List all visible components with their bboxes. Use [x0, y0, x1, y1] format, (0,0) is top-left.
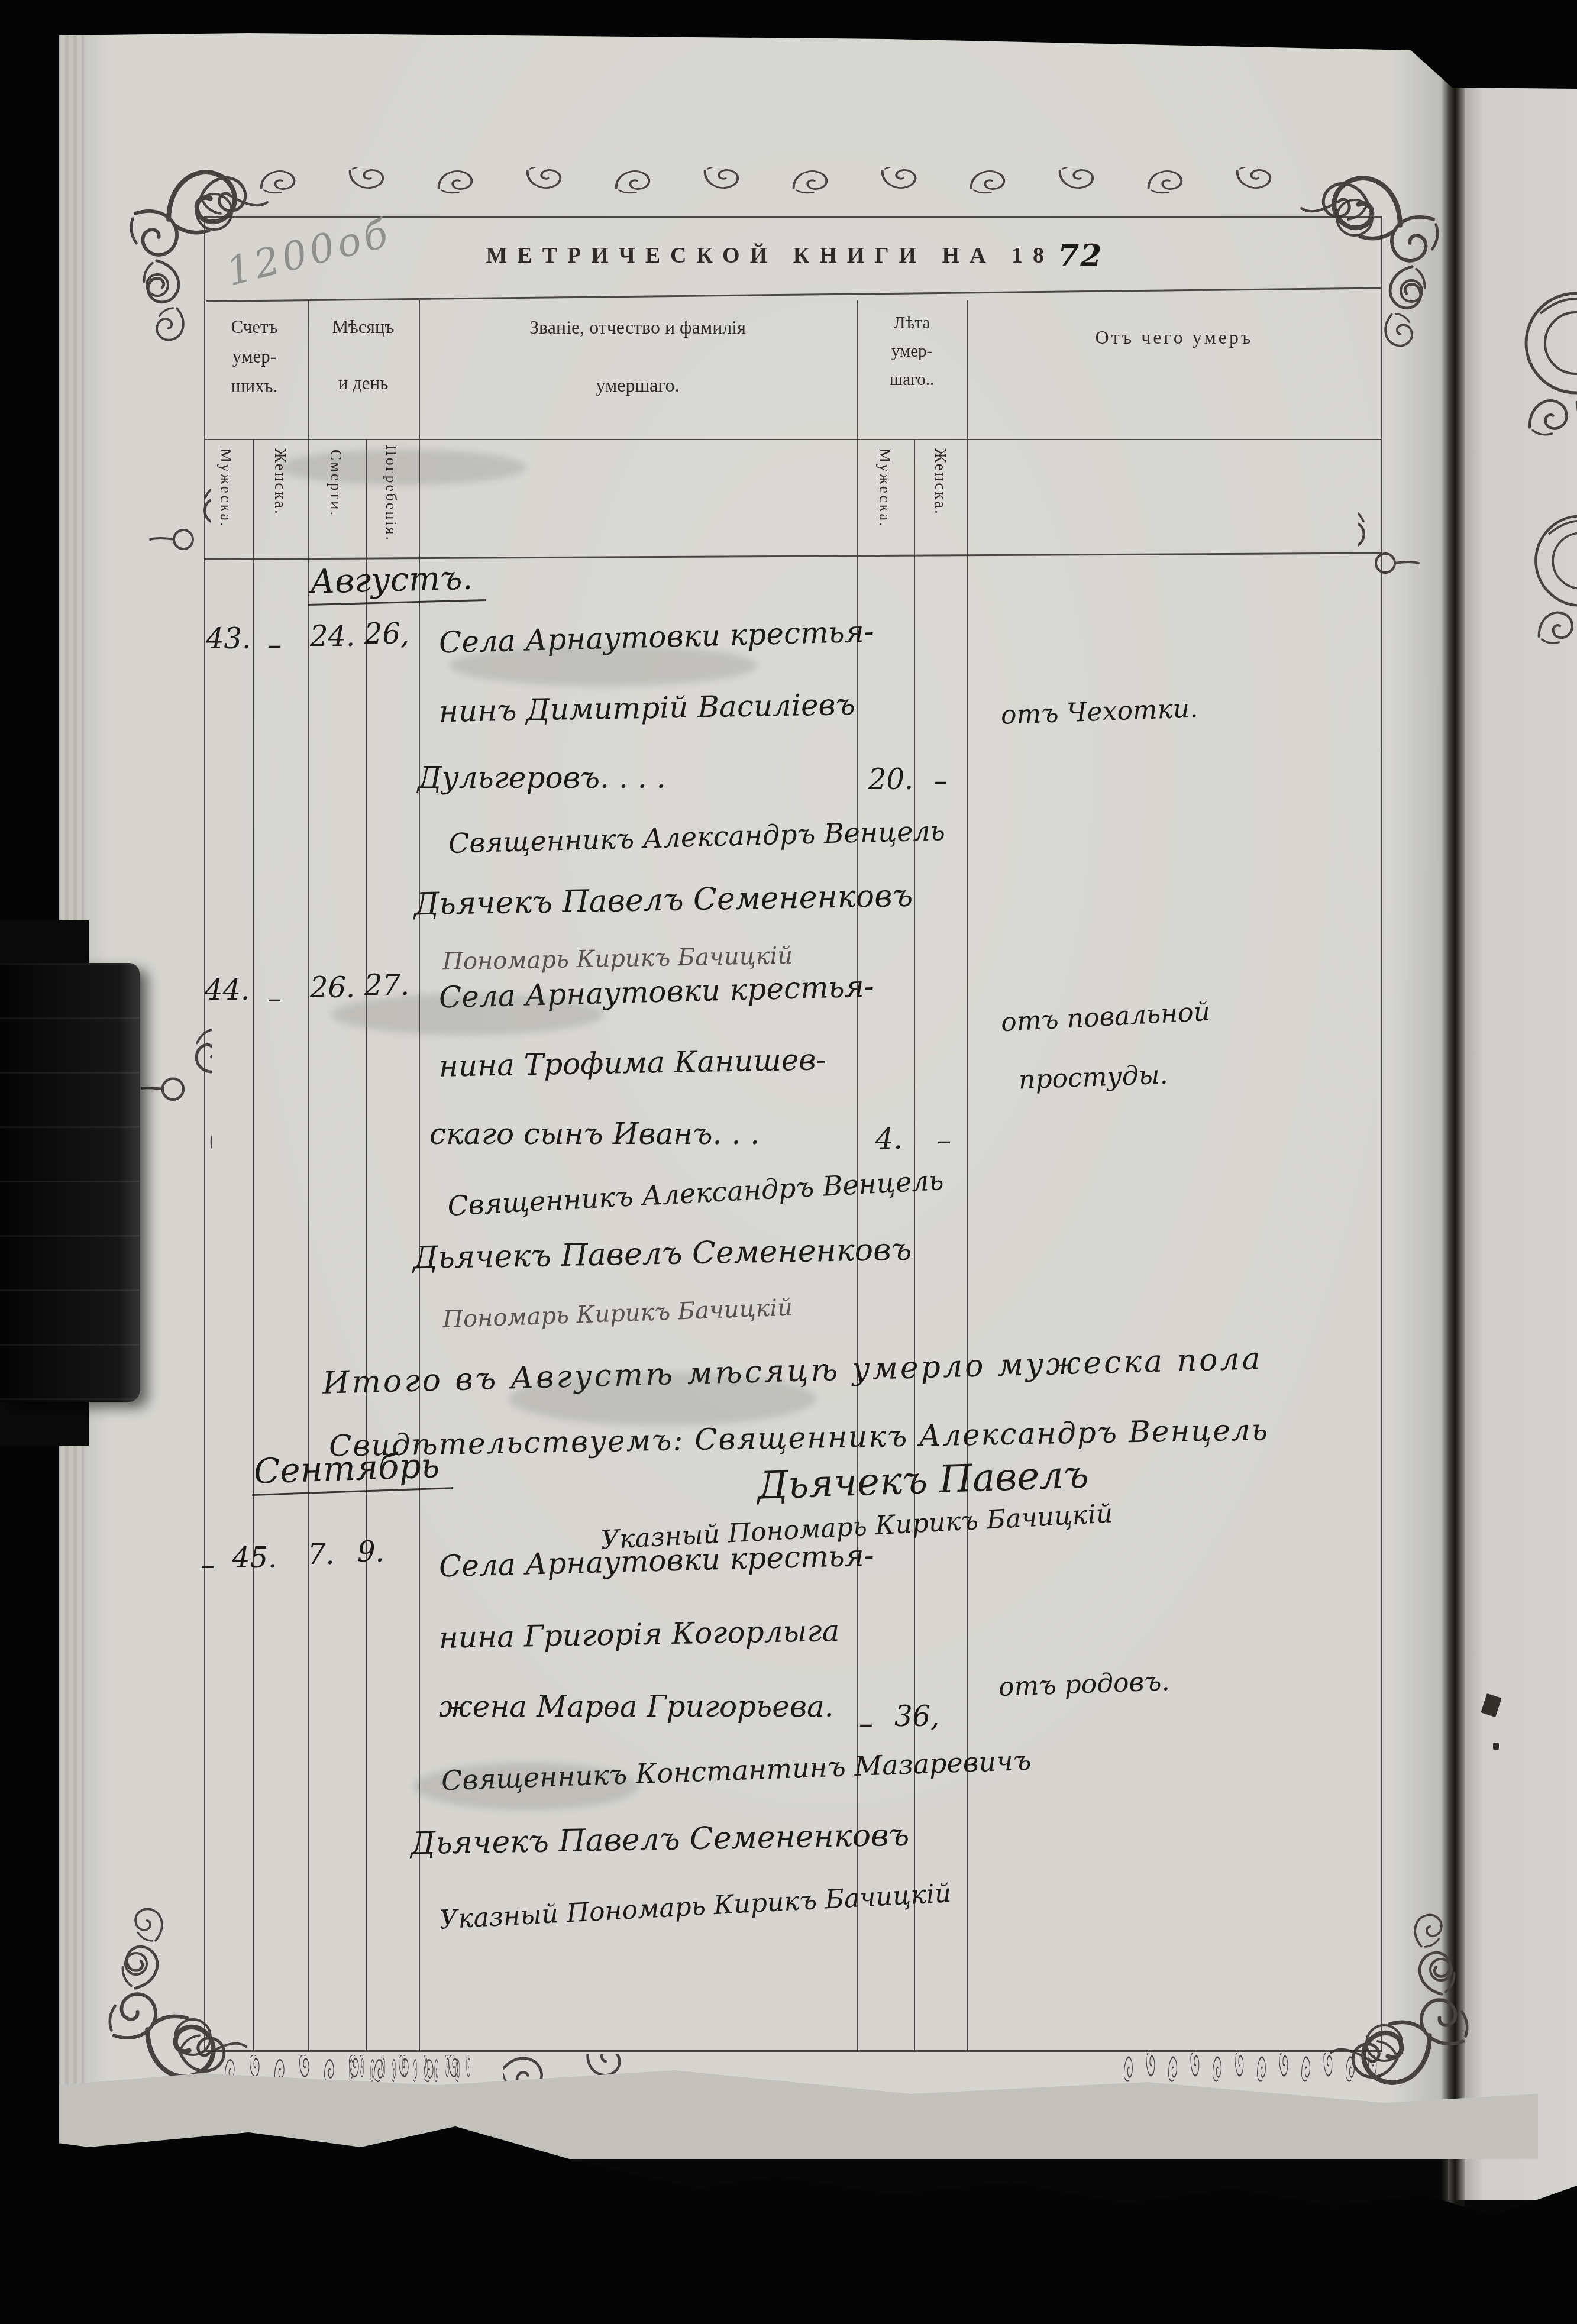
floral-stamp-ornament	[1505, 248, 1577, 698]
col-line-age-mf	[914, 439, 915, 2051]
entry44-age-female: –	[937, 1124, 951, 1157]
book-scan: МЕТРИЧЕСКОЙ КНИГИ НА 1872 1200об Счетъ у…	[0, 0, 1577, 2324]
right-edge-ornament-icon	[1358, 509, 1423, 686]
col-header-name: Званіе, отчество и фамилія умершаго.	[419, 312, 857, 400]
month-header-august: Августъ.	[307, 558, 486, 606]
entry45-age-male: –	[859, 1707, 873, 1740]
clasp-strap-upper	[0, 920, 89, 965]
entry45-death-day: 7.	[308, 1538, 335, 1571]
entry43-text-line3: Дульгеровъ. . . .	[418, 761, 665, 795]
entry44-number-female: –	[267, 982, 282, 1015]
frame-bottom-rule	[204, 2050, 1382, 2052]
entry43-number-male: 43.	[206, 622, 251, 655]
month-header-september: Сентябрь	[251, 1444, 454, 1496]
col-line-count-mf	[253, 439, 254, 2051]
col-header-cause: Отъ чего умеръ	[967, 327, 1381, 348]
ink-bleed-smudge	[278, 450, 526, 485]
subcol-age-female: Женска.	[931, 448, 949, 516]
entry44-death-day: 26.	[310, 971, 355, 1004]
entry45-text-line2: нина Григорія Когорлыга	[439, 1614, 840, 1655]
left-edge-ornament2-icon	[141, 1029, 212, 1218]
entry43-burial-day: 26,	[364, 618, 409, 651]
clasp-strap-lower	[0, 1399, 89, 1446]
col-header-age: Лѣта умер- шаго..	[857, 309, 967, 394]
entry43-age-male: 20.	[868, 763, 913, 796]
ink-bleed-smudge	[331, 994, 603, 1035]
entry44-text-line2: нина Трофима Канишев-	[439, 1042, 826, 1083]
entry43-text-line2: нинъ Димитрій Василіевъ	[439, 687, 856, 729]
top-garland-icon	[260, 167, 1290, 218]
ink-bleed-smudge	[414, 1763, 639, 1810]
entry43-age-female: –	[933, 764, 948, 797]
col-line-age-cause	[967, 300, 968, 2051]
margin-ink-speck	[1493, 1743, 1499, 1750]
subcol-count-female: Женска.	[271, 448, 289, 516]
frame-left-rule	[204, 216, 205, 2051]
entry43-death-day: 24.	[310, 620, 355, 653]
title-year-handwritten: 72	[1058, 238, 1103, 274]
ink-bleed-smudge	[509, 1372, 816, 1426]
entry45-cause: отъ родовъ.	[998, 1666, 1170, 1702]
col-header-count: Счетъ умер- шихъ.	[201, 312, 308, 401]
book-clasp	[0, 963, 140, 1402]
left-edge-ornament-icon	[146, 485, 211, 662]
page-title-text: МЕТРИЧЕСКОЙ КНИГИ НА 18	[486, 243, 1054, 268]
entry45-age-female: 36,	[894, 1700, 939, 1733]
entry45-burial-day: 9.	[357, 1536, 384, 1569]
subcol-count-male: Мужеска.	[216, 448, 235, 528]
entry44-age-male: 4.	[875, 1123, 903, 1156]
header-bottom-rule	[204, 439, 1381, 440]
ink-bleed-smudge	[450, 645, 757, 686]
entry45-number-female: 45.	[232, 1541, 277, 1575]
entry45-number-male: –	[201, 1549, 215, 1582]
entry44-text-line3: скаго сынъ Иванъ. . .	[429, 1117, 760, 1151]
col-line-death-burial	[366, 439, 367, 2051]
entry44-number-male: 44.	[205, 974, 250, 1007]
entry45-text-line3: жена Марѳа Григорьева.	[439, 1689, 834, 1724]
col-header-date: Мѣсяцъ и день	[308, 312, 419, 398]
subcol-age-male: Мужеска.	[875, 448, 894, 528]
frame-right-rule	[1381, 216, 1382, 2051]
entry44-cause-line2: простуды.	[1018, 1060, 1168, 1095]
entry43-number-female: –	[267, 628, 282, 661]
